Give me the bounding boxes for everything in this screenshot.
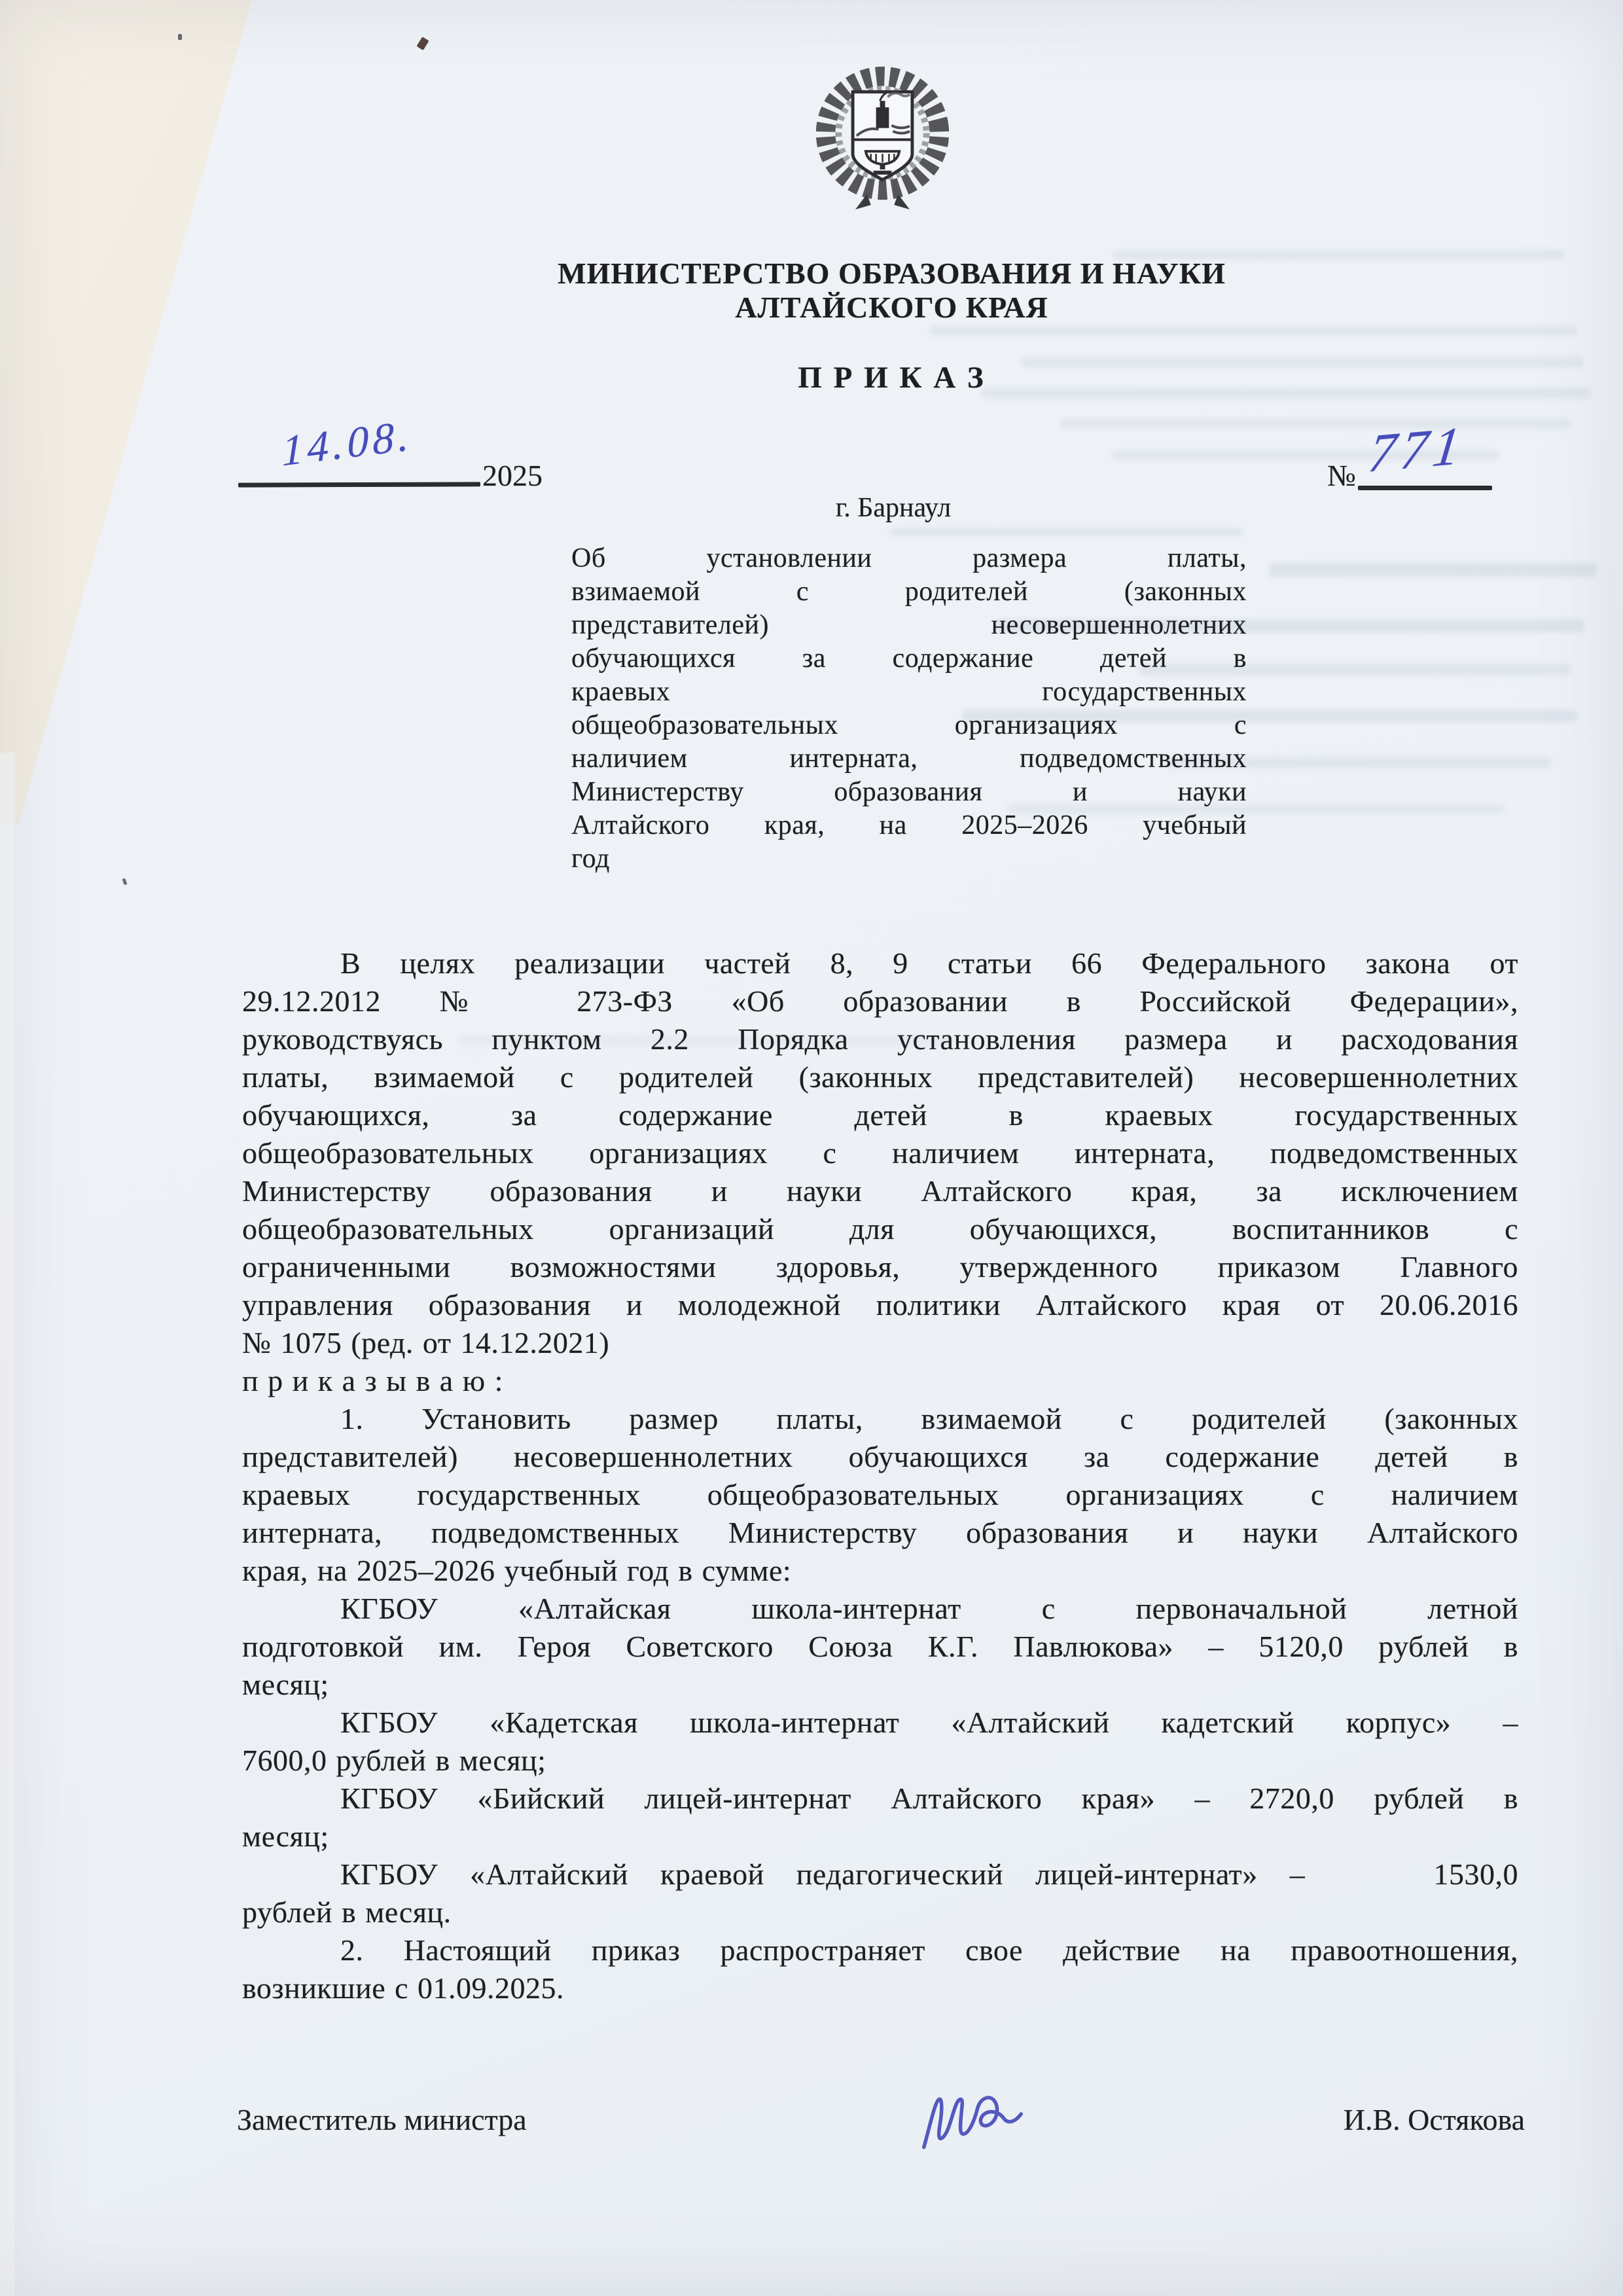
text-line: КГБОУ «Алтайская школа-интернат с первон… [242,1590,1518,1628]
body-paragraph: 2. Настоящий приказ распространяет свое … [242,1931,1518,2007]
document-type-heading: П Р И К А З [527,360,1257,395]
bleed-through-artifact [1270,563,1597,577]
body-paragraph: КГБОУ «Алтайская школа-интернат с первон… [242,1590,1518,1704]
text-line: КГБОУ «Алтайский краевой педагогический … [242,1856,1518,1893]
text-line: краевых государственных общеобразователь… [242,1476,1518,1514]
text-line: руководствуясь пунктом 2.2 Порядка устан… [242,1020,1518,1058]
issue-place: г. Барнаул [795,492,991,524]
text-line: представителей) несовершеннолетних [571,609,1247,642]
text-line: общеобразовательных организациях с налич… [242,1134,1518,1172]
text-line: обучающихся за содержание детей в [571,642,1247,675]
text-line: 29.12.2012 № 273-ФЗ «Об образовании в Ро… [242,982,1518,1020]
body-paragraph: КГБОУ «Алтайский краевой педагогический … [242,1856,1518,1931]
scanner-edge-artifact [0,753,14,2296]
text-line: Министерству образования и науки [571,776,1247,809]
text-line: представителей) несовершеннолетних обуча… [242,1438,1518,1476]
handwritten-order-number: 771 [1365,414,1469,485]
signer-position: Заместитель министра [237,2102,527,2137]
body-paragraph: п р и к а з ы в а ю : [242,1362,1518,1400]
bleed-through-artifact [929,326,1577,336]
text-line: 2. Настоящий приказ распространяет свое … [242,1931,1518,1969]
text-line: ограниченными возможностями здоровья, ут… [242,1248,1518,1286]
text-line: В целях реализации частей 8, 9 статьи 66… [242,944,1518,982]
text-line: № 1075 (ред. от 14.12.2021) [242,1324,1518,1362]
text-line: рублей в месяц. [242,1893,1518,1931]
handwritten-signature [915,2087,1033,2155]
scanned-order-page: МИНИСТЕРСТВО ОБРАЗОВАНИЯ И НАУКИ АЛТАЙСК… [0,0,1623,2296]
text-line: год [571,842,1247,876]
scan-speck-artifact [416,37,429,50]
scan-speck-artifact [178,34,182,40]
text-line: Об установлении размера платы, [571,542,1247,575]
ministry-name-line2: АЛТАЙСКОГО КРАЯ [527,291,1257,325]
text-line: КГБОУ «Кадетская школа-интернат «Алтайск… [242,1704,1518,1742]
text-line: подготовкой им. Героя Советского Союза К… [242,1628,1518,1666]
text-line: 7600,0 рублей в месяц; [242,1742,1518,1780]
text-line: интерната, подведомственных Министерству… [242,1514,1518,1552]
text-line: возникшие с 01.09.2025. [242,1969,1518,2007]
text-line: управления образования и молодежной поли… [242,1286,1518,1324]
text-line: Министерству образования и науки Алтайск… [242,1172,1518,1210]
text-line: КГБОУ «Бийский лицей-интернат Алтайского… [242,1780,1518,1818]
text-line: общеобразовательных организациях с [571,709,1247,742]
scan-speck-artifact [122,878,127,885]
text-line: края, на 2025–2026 учебный год в сумме: [242,1552,1518,1590]
text-line: месяц; [242,1818,1518,1856]
ministry-name: МИНИСТЕРСТВО ОБРАЗОВАНИЯ И НАУКИ АЛТАЙСК… [527,257,1257,325]
number-underline [1358,486,1492,490]
body-paragraph: В целях реализации частей 8, 9 статьи 66… [242,944,1518,1362]
text-line: месяц; [242,1666,1518,1704]
altai-krai-emblem-icon [805,57,960,212]
handwritten-date: 14.08. [281,411,413,477]
bleed-through-artifact [890,528,1243,536]
text-line: 1. Установить размер платы, взимаемой с … [242,1400,1518,1438]
page-corner-fold-artifact [0,0,275,844]
date-year: 2025 [482,458,543,493]
text-line: платы, взимаемой с родителей (законных п… [242,1058,1518,1096]
order-body: В целях реализации частей 8, 9 статьи 66… [242,944,1518,2007]
text-line: Алтайского края, на 2025–2026 учебный [571,809,1247,842]
date-underline [238,482,480,487]
text-line: краевых государственных [571,675,1247,709]
signer-name: И.В. Остякова [1289,2102,1525,2137]
text-line: общеобразовательных организаций для обуч… [242,1210,1518,1248]
text-line: наличием интерната, подведомственных [571,742,1247,776]
text-line: взимаемой с родителей (законных [571,575,1247,609]
order-subject: Об установлении размера платы,взимаемой … [571,542,1247,876]
text-line: п р и к а з ы в а ю : [242,1362,1518,1400]
number-sign: № [1327,458,1356,493]
body-paragraph: 1. Установить размер платы, взимаемой с … [242,1400,1518,1590]
ministry-name-line1: МИНИСТЕРСТВО ОБРАЗОВАНИЯ И НАУКИ [527,257,1257,291]
bleed-through-artifact [1060,419,1571,429]
text-line: обучающихся, за содержание детей в краев… [242,1096,1518,1134]
body-paragraph: КГБОУ «Бийский лицей-интернат Алтайского… [242,1780,1518,1856]
body-paragraph: КГБОУ «Кадетская школа-интернат «Алтайск… [242,1704,1518,1780]
